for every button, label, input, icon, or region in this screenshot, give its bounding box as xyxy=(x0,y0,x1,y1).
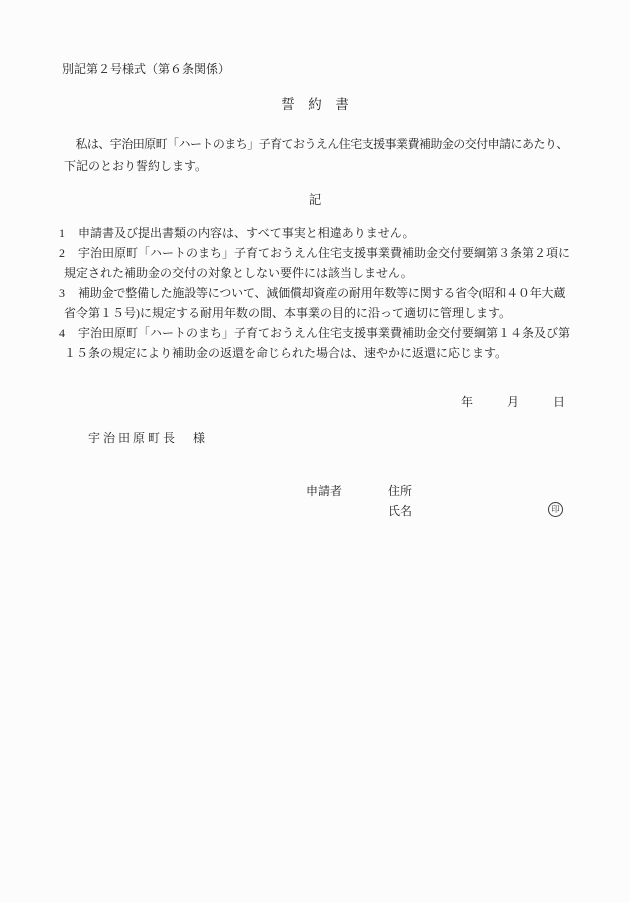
document-title: 誓 約 書 xyxy=(0,97,630,113)
intro-line-2: 下記のとおり誓約します。 xyxy=(64,155,584,177)
item-4-continuation: １５条の規定により補助金の返還を命じられた場合は、速やかに返還に応じます。 xyxy=(59,343,604,363)
item-2-number: 2 xyxy=(59,243,78,263)
pledge-items-list: 1申請書及び提出書類の内容は、すべて事実と相違ありません。 2宇治田原町「ハート… xyxy=(59,223,604,363)
item-4: 4宇治田原町「ハートのまち」子育ておうえん住宅支援事業費補助金交付要綱第１４条及… xyxy=(59,323,604,343)
item-2: 2宇治田原町「ハートのまち」子育ておうえん住宅支援事業費補助金交付要綱第３条第２… xyxy=(59,243,604,263)
item-1: 1申請書及び提出書類の内容は、すべて事実と相違ありません。 xyxy=(59,223,604,243)
seal-character: 印 xyxy=(551,505,560,514)
ki-marker: 記 xyxy=(0,193,630,207)
month-label: 月 xyxy=(507,395,519,409)
item-3-continuation: 省令第１５号)に規定する耐用年数の間、本事業の目的に沿って適切に管理します。 xyxy=(59,303,604,323)
item-4-number: 4 xyxy=(59,323,78,343)
seal-mark-icon: 印 xyxy=(548,502,563,517)
date-line: 年月日 xyxy=(461,395,565,409)
pledge-document-page: 別記第２号様式（第６条関係） 誓 約 書 私は、宇治田原町「ハートのまち」子育て… xyxy=(0,0,630,903)
form-number: 別記第２号様式（第６条関係） xyxy=(62,62,230,76)
item-3: 3補助金で整備した施設等について、減価償却資産の耐用年数等に関する省令(昭和４０… xyxy=(59,283,604,303)
item-3-number: 3 xyxy=(59,283,78,303)
intro-paragraph: 私は、宇治田原町「ハートのまち」子育ておうえん住宅支援事業費補助金の交付申請にあ… xyxy=(64,133,584,177)
addressee: 宇治田原町長 様 xyxy=(88,431,208,445)
item-4-text: 宇治田原町「ハートのまち」子育ておうえん住宅支援事業費補助金交付要綱第１４条及び… xyxy=(78,326,570,340)
day-label: 日 xyxy=(553,395,565,409)
year-label: 年 xyxy=(461,395,473,409)
item-2-text: 宇治田原町「ハートのまち」子育ておうえん住宅支援事業費補助金交付要綱第３条第２項… xyxy=(78,246,570,260)
item-3-text: 補助金で整備した施設等について、減価償却資産の耐用年数等に関する省令(昭和４０年… xyxy=(78,286,565,300)
applicant-name-label: 氏名 xyxy=(388,504,412,518)
item-2-continuation: 規定された補助金の交付の対象としない要件には該当しません。 xyxy=(59,263,604,283)
item-1-text: 申請書及び提出書類の内容は、すべて事実と相違ありません。 xyxy=(78,226,414,240)
intro-line-1: 私は、宇治田原町「ハートのまち」子育ておうえん住宅支援事業費補助金の交付申請にあ… xyxy=(64,133,584,155)
applicant-label: 申請者 xyxy=(306,484,342,498)
item-1-number: 1 xyxy=(59,223,78,243)
applicant-address-label: 住所 xyxy=(388,484,412,498)
